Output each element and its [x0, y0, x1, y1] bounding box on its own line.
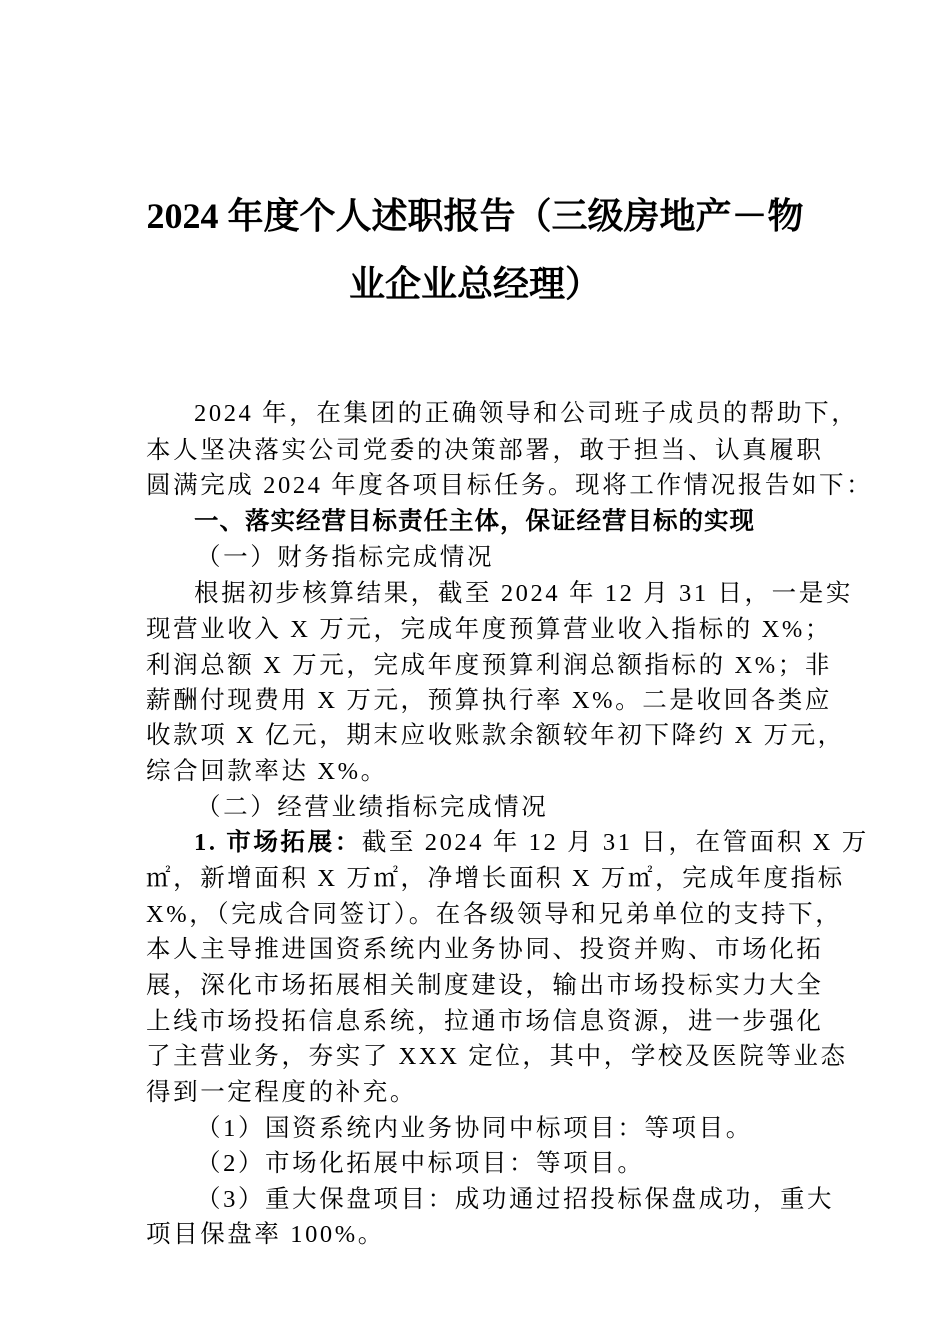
finance-paragraph-line-2: 现营业收入 X 万元，完成年度预算营业收入指标的 X%； — [146, 613, 826, 647]
finance-paragraph-line-5: 收款项 X 亿元，期末应收账款余额较年初下降约 X 万元， — [146, 719, 826, 753]
finance-paragraph-line-1: 根据初步核算结果，截至 2024 年 12 月 31 日，一是实 — [194, 577, 874, 611]
sub-item-2: （2）市场化拓展中标项目：等项目。 — [196, 1147, 876, 1181]
market-expansion-text: 截至 2024 年 12 月 31 日，在管面积 X 万 — [362, 829, 869, 856]
sub-item-1: （1）国资系统内业务协同中标项目：等项目。 — [196, 1112, 876, 1146]
market-expansion-line-7: 了主营业务，夯实了 XXX 定位，其中，学校及医院等业态 — [146, 1040, 826, 1074]
sub-item-3-continued: 项目保盘率 100%。 — [146, 1218, 826, 1252]
document-page: 2024 年度个人述职报告（三级房地产－物 业企业总经理） 2024 年，在集团… — [0, 0, 950, 1344]
market-expansion-line-4: 本人主导推进国资系统内业务协同、投资并购、市场化拓 — [146, 933, 826, 967]
document-title-line-1: 2024 年度个人述职报告（三级房地产－物 — [140, 196, 810, 236]
document-title-line-2: 业企业总经理） — [140, 264, 810, 304]
subsection-1-heading: （一）财务指标完成情况 — [196, 541, 876, 575]
market-expansion-line-2: ㎡，新增面积 X 万㎡，净增长面积 X 万㎡，完成年度指标 — [146, 862, 826, 896]
market-expansion-label: 1. 市场拓展： — [194, 829, 362, 856]
intro-paragraph-line-2: 本人坚决落实公司党委的决策部署，敢于担当、认真履职 — [146, 434, 826, 468]
section-1-heading: 一、落实经营目标责任主体，保证经营目标的实现 — [194, 505, 874, 539]
market-expansion-line-6: 上线市场投拓信息系统，拉通市场信息资源，进一步强化 — [146, 1005, 826, 1039]
market-expansion-line-1: 1. 市场拓展：截至 2024 年 12 月 31 日，在管面积 X 万 — [194, 826, 874, 860]
subsection-2-heading: （二）经营业绩指标完成情况 — [196, 791, 876, 825]
market-expansion-line-5: 展，深化市场拓展相关制度建设，输出市场投标实力大全 — [146, 969, 826, 1003]
finance-paragraph-line-4: 薪酬付现费用 X 万元，预算执行率 X%。二是收回各类应 — [146, 684, 826, 718]
sub-item-3: （3）重大保盘项目：成功通过招投标保盘成功，重大 — [196, 1183, 876, 1217]
market-expansion-line-3: X%，（完成合同签订）。在各级领导和兄弟单位的支持下， — [146, 898, 826, 932]
intro-paragraph-line-1: 2024 年，在集团的正确领导和公司班子成员的帮助下， — [194, 397, 874, 431]
finance-paragraph-line-3: 利润总额 X 万元，完成年度预算利润总额指标的 X%；非 — [146, 649, 826, 683]
intro-paragraph-line-3: 圆满完成 2024 年度各项目标任务。现将工作情况报告如下： — [146, 469, 826, 503]
market-expansion-line-8: 得到一定程度的补充。 — [146, 1076, 826, 1110]
finance-paragraph-line-6: 综合回款率达 X%。 — [146, 755, 826, 789]
